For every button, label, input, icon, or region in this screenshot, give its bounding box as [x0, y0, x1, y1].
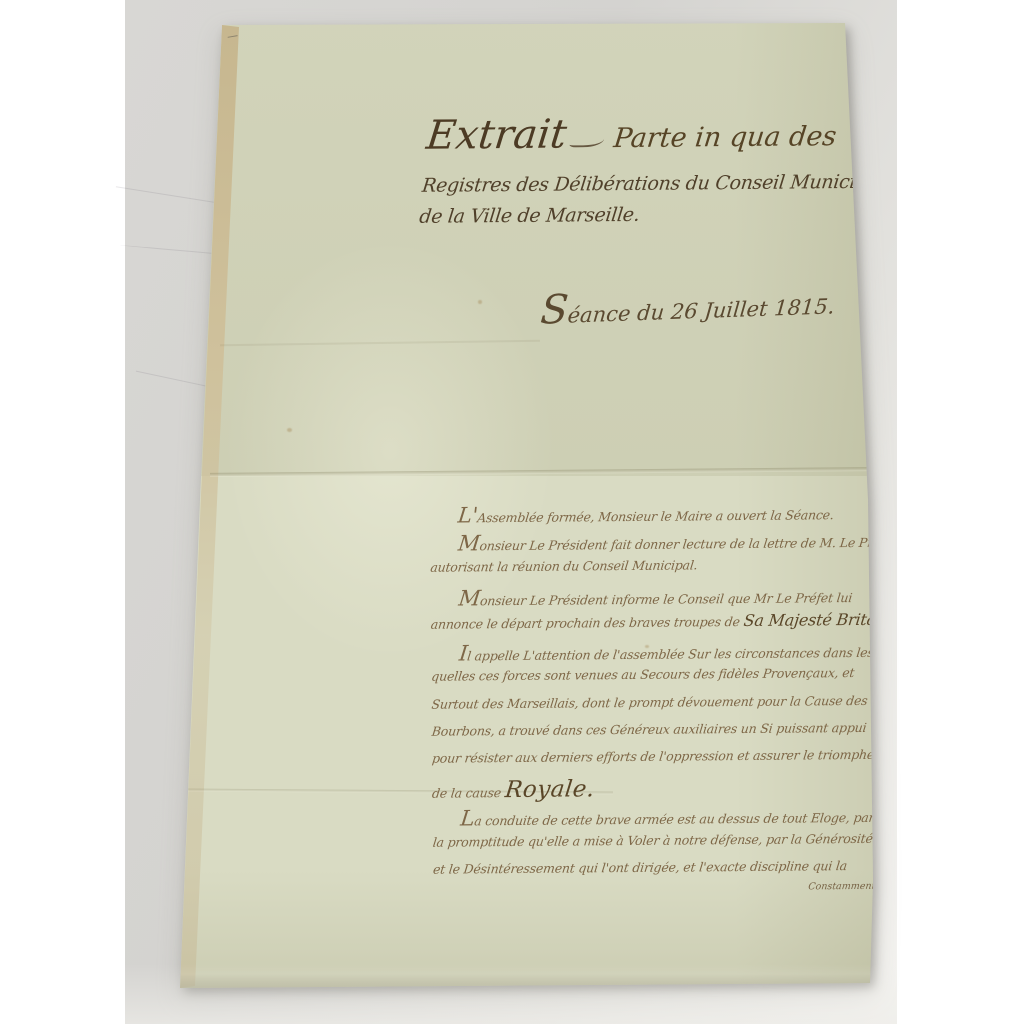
- body-line: Il appelle L'attention de l'assemblée Su…: [458, 638, 876, 667]
- body-line: quelles ces forces sont venues au Secour…: [431, 665, 856, 684]
- body-line-text: Monsieur Le Président fait donner lectur…: [457, 535, 897, 554]
- emphasized-word-royale: Royale.: [504, 776, 597, 803]
- session-date-line: Séance du 26 Juillet 1815.: [539, 277, 837, 333]
- heading-line-3: de la Ville de Marseille.: [418, 204, 641, 228]
- body-line: L'Assemblée formée, Monsieur le Maire a …: [457, 500, 836, 528]
- body-line-text: L'Assemblée formée, Monsieur le Maire a …: [457, 507, 835, 525]
- body-line: Surtout des Marseillais, dont le prompt …: [431, 693, 869, 712]
- body-line-text: pour résister aux derniers efforts de l'…: [431, 747, 875, 766]
- body-line: de la cause Royale.: [431, 776, 596, 803]
- heading-phrase-latin: Parte in qua des: [612, 121, 838, 154]
- catchword: Constamment: [808, 881, 876, 893]
- paper-sheet-wrap: Extrait Parte in qua des Registres des D…: [125, 0, 897, 1024]
- body-line-text: Bourbons, a trouvé dans ces Généreux aux…: [431, 720, 867, 739]
- body-line: Monsieur Le Président informe le Conseil…: [457, 583, 853, 611]
- photo-stage: Extrait Parte in qua des Registres des D…: [0, 0, 1024, 1024]
- photo-background: Extrait Parte in qua des Registres des D…: [125, 0, 897, 1024]
- body-line-text: Il appelle L'attention de l'assemblée Su…: [458, 645, 874, 664]
- body-line-text: la promptitude qu'elle a mise à Voler à …: [432, 831, 874, 850]
- handwritten-text-block: Extrait Parte in qua des Registres des D…: [121, 0, 902, 1024]
- heading-line-2: Registres des Délibérations du Conseil M…: [421, 171, 885, 197]
- body-line-text: autorisant la réunion du Conseil Municip…: [430, 557, 699, 574]
- body-line: annonce le départ prochain des braves tr…: [430, 609, 932, 632]
- manuscript-paper: Extrait Parte in qua des Registres des D…: [125, 0, 897, 1024]
- body-line: pour résister aux derniers efforts de l'…: [431, 747, 875, 766]
- body-line: La conduite de cette brave armée est au …: [459, 803, 876, 832]
- body-line-text: et le Désintéressement qui l'ont dirigée…: [432, 858, 848, 877]
- body-line-text: Monsieur Le Président informe le Conseil…: [458, 590, 853, 608]
- body-line: la promptitude qu'elle a mise à Voler à …: [432, 831, 874, 850]
- body-line: Bourbons, a trouvé dans ces Généreux aux…: [431, 720, 867, 739]
- heading-line-1: Extrait Parte in qua des: [424, 109, 839, 159]
- body-line-text: quelles ces forces sont venues au Secour…: [431, 665, 856, 684]
- body-line-text: Surtout des Marseillais, dont le prompt …: [431, 693, 869, 712]
- heading-word-extrait: Extrait: [424, 111, 569, 158]
- body-line: Monsieur Le Président fait donner lectur…: [457, 528, 898, 557]
- body-line: autorisant la réunion du Conseil Municip…: [430, 557, 699, 574]
- body-line-text: annonce le départ prochain des braves tr…: [430, 614, 744, 632]
- paper-bottom-edge-shading: [180, 974, 872, 988]
- body-line-text: La conduite de cette brave armée est au …: [460, 810, 876, 829]
- body-line-text: de la cause: [431, 785, 505, 801]
- flourish-dash: [569, 133, 605, 147]
- emphasized-phrase: Sa Majesté Britannique: [743, 609, 932, 630]
- body-line: et le Désintéressement qui l'ont dirigée…: [432, 858, 848, 877]
